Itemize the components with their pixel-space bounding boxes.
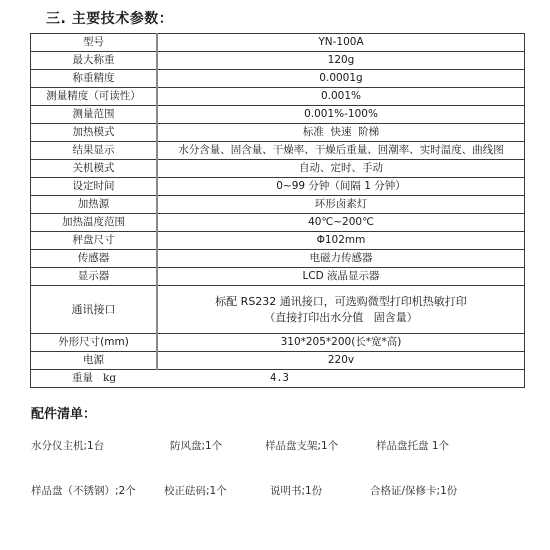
row-label: 传感器 <box>31 250 158 268</box>
accessory-item: 样品盘（不锈钢）;2个 <box>31 483 136 498</box>
row-label: 型号 <box>31 34 158 52</box>
row-value: Φ102mm <box>157 232 525 250</box>
table-row: 重量kg 4.3 <box>31 370 525 388</box>
row-label: 秤盘尺寸 <box>31 232 158 250</box>
table-row: 显示器 LCD 液晶显示器 <box>31 268 525 286</box>
row-value: 水分含量、固含量、干燥率、干燥后重量、回潮率、实时温度、曲线图 <box>157 142 525 160</box>
weight-unit: kg <box>103 372 116 384</box>
row-label: 加热温度范围 <box>31 214 158 232</box>
row-label: 重量kg <box>31 370 158 388</box>
row-value: 4.3 <box>157 370 525 388</box>
accessories-title: 配件清单： <box>31 403 96 422</box>
row-value: 0~99 分钟（间隔 1 分钟） <box>157 178 525 196</box>
accessory-item: 合格证/保修卡;1份 <box>370 483 457 498</box>
table-row: 测量精度（可读性） 0.001% <box>31 88 525 106</box>
table-row: 电源 220v <box>31 352 525 370</box>
table-row: 最大称重 120g <box>31 52 525 70</box>
table-row: 通讯接口 标配 RS232 通讯接口，可选购微型打印机热敏打印 （直接打印出水分… <box>31 286 525 334</box>
table-row: 测量范围 0.001%-100% <box>31 106 525 124</box>
table-row: 加热源 环形卤素灯 <box>31 196 525 214</box>
row-label: 通讯接口 <box>31 286 158 334</box>
row-label: 设定时间 <box>31 178 158 196</box>
row-label: 测量精度（可读性） <box>31 88 158 106</box>
row-value-line: 标配 RS232 通讯接口，可选购微型打印机热敏打印 <box>160 294 522 310</box>
row-value: 120g <box>157 52 525 70</box>
row-value: 0.0001g <box>157 70 525 88</box>
row-label: 称重精度 <box>31 70 158 88</box>
accessory-item: 样品盘支架;1个 <box>265 438 338 453</box>
row-label: 加热模式 <box>31 124 158 142</box>
row-value: 自动、定时、手动 <box>157 160 525 178</box>
section-title: 三. 主要技术参数： <box>46 8 173 28</box>
table-row: 外形尺寸(mm) 310*205*200(长*宽*高) <box>31 334 525 352</box>
table-row: 关机模式 自动、定时、手动 <box>31 160 525 178</box>
table-row: 设定时间 0~99 分钟（间隔 1 分钟） <box>31 178 525 196</box>
row-value: 标准 快速 阶梯 <box>157 124 525 142</box>
row-label: 关机模式 <box>31 160 158 178</box>
table-row: 加热模式 标准 快速 阶梯 <box>31 124 525 142</box>
row-value-line: （直接打印出水分值 固含量） <box>160 310 522 326</box>
row-value: LCD 液晶显示器 <box>157 268 525 286</box>
weight-label: 重量 <box>72 372 93 384</box>
table-row: 结果显示 水分含量、固含量、干燥率、干燥后重量、回潮率、实时温度、曲线图 <box>31 142 525 160</box>
table-row: 型号 YN-100A <box>31 34 525 52</box>
accessory-item: 水分仪主机;1台 <box>31 438 104 453</box>
spec-table: 型号 YN-100A 最大称重 120g 称重精度 0.0001g 测量精度（可… <box>30 33 525 388</box>
row-value: 310*205*200(长*宽*高) <box>157 334 525 352</box>
row-label: 测量范围 <box>31 106 158 124</box>
row-label: 外形尺寸(mm) <box>31 334 158 352</box>
row-label: 加热源 <box>31 196 158 214</box>
row-label: 电源 <box>31 352 158 370</box>
row-value: 40℃~200℃ <box>157 214 525 232</box>
row-value: YN-100A <box>157 34 525 52</box>
table-row: 秤盘尺寸 Φ102mm <box>31 232 525 250</box>
row-value: 220v <box>157 352 525 370</box>
accessory-item: 说明书;1份 <box>270 483 322 498</box>
row-value: 环形卤素灯 <box>157 196 525 214</box>
row-label: 结果显示 <box>31 142 158 160</box>
accessory-item: 样品盘托盘 1个 <box>376 438 449 453</box>
table-row: 传感器 电磁力传感器 <box>31 250 525 268</box>
table-row: 称重精度 0.0001g <box>31 70 525 88</box>
row-value: 电磁力传感器 <box>157 250 525 268</box>
accessory-item: 校正砝码;1个 <box>164 483 227 498</box>
row-value: 0.001% <box>157 88 525 106</box>
accessory-item: 防风盘;1个 <box>170 438 222 453</box>
row-value: 标配 RS232 通讯接口，可选购微型打印机热敏打印 （直接打印出水分值 固含量… <box>157 286 525 334</box>
row-value: 0.001%-100% <box>157 106 525 124</box>
table-row: 加热温度范围 40℃~200℃ <box>31 214 525 232</box>
row-label: 显示器 <box>31 268 158 286</box>
row-label: 最大称重 <box>31 52 158 70</box>
